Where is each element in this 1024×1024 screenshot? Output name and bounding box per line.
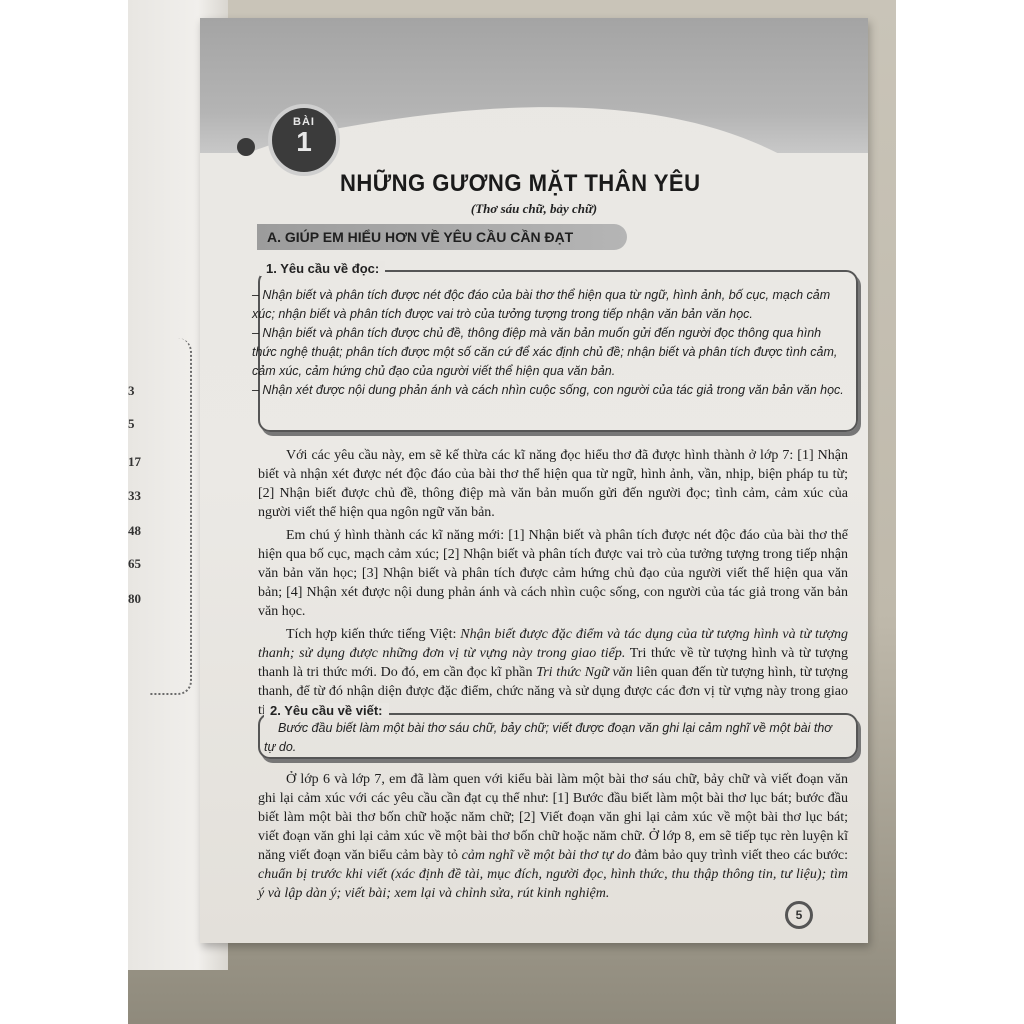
toc-dotted-frame [150, 338, 192, 695]
toc-page-number: 17 [128, 454, 141, 470]
integration-lead: Tích hợp kiến thức tiếng Việt: [286, 627, 460, 642]
reading-requirements-title: 1. Yêu cầu về đọc: [260, 261, 385, 276]
body-paragraph: Với các yêu cầu này, em sẽ kế thừa các k… [258, 446, 848, 522]
integration-italic: Tri thức Ngữ văn [536, 665, 632, 680]
writing-requirements-box: 2. Yêu cầu về viết: Bước đầu biết làm mộ… [258, 713, 858, 759]
requirement-item: – Nhận xét được nội dung phản ánh và các… [252, 381, 846, 400]
toc-page-number: 5 [128, 416, 135, 432]
lesson-badge-number: 1 [272, 128, 336, 156]
requirement-item: – Nhận biết và phân tích được nét độc đá… [252, 286, 846, 324]
body-paragraph: Ở lớp 6 và lớp 7, em đã làm quen với kiể… [258, 770, 848, 903]
reading-requirements-list: – Nhận biết và phân tích được nét độc đá… [252, 272, 856, 400]
writing-paragraph: Ở lớp 6 và lớp 7, em đã làm quen với kiể… [258, 770, 848, 903]
book-page: BÀI 1 NHỮNG GƯƠNG MẶT THÂN YÊU (Thơ sáu … [200, 18, 868, 943]
body-paragraph: Em chú ý hình thành các kĩ năng mới: [1]… [258, 526, 848, 621]
section-a-heading: A. GIÚP EM HIỂU HƠN VỀ YÊU CẦU CẦN ĐẠT [257, 224, 627, 250]
toc-page-number: 48 [128, 523, 141, 539]
writing-italic: cảm nghĩ về một bài thơ tự do [462, 848, 631, 863]
lesson-subtitle: (Thơ sáu chữ, bảy chữ) [200, 201, 868, 217]
writing-requirements-title: 2. Yêu cầu về viết: [264, 703, 389, 718]
toc-page-number: 3 [128, 383, 135, 399]
writing-requirements-text: Bước đầu biết làm một bài thơ sáu chữ, b… [260, 715, 856, 757]
requirement-item: – Nhận biết và phân tích được chủ đề, th… [252, 324, 846, 381]
lesson-title: NHỮNG GƯƠNG MẶT THÂN YÊU [340, 170, 701, 198]
reading-requirements-box: 1. Yêu cầu về đọc: – Nhận biết và phân t… [258, 270, 858, 432]
toc-page-number: 65 [128, 556, 141, 572]
page-number: 5 [785, 901, 813, 929]
writing-italic: chuẩn bị trước khi viết (xác định đề tài… [258, 867, 848, 901]
reading-paragraphs: Với các yêu cầu này, em sẽ kế thừa các k… [258, 446, 848, 720]
writing-mid: đảm bảo quy trình viết theo các bước: [631, 848, 848, 863]
lesson-badge: BÀI 1 [268, 104, 340, 176]
decorative-dot [237, 138, 255, 156]
toc-page-number: 33 [128, 488, 141, 504]
toc-page-number: 80 [128, 591, 141, 607]
